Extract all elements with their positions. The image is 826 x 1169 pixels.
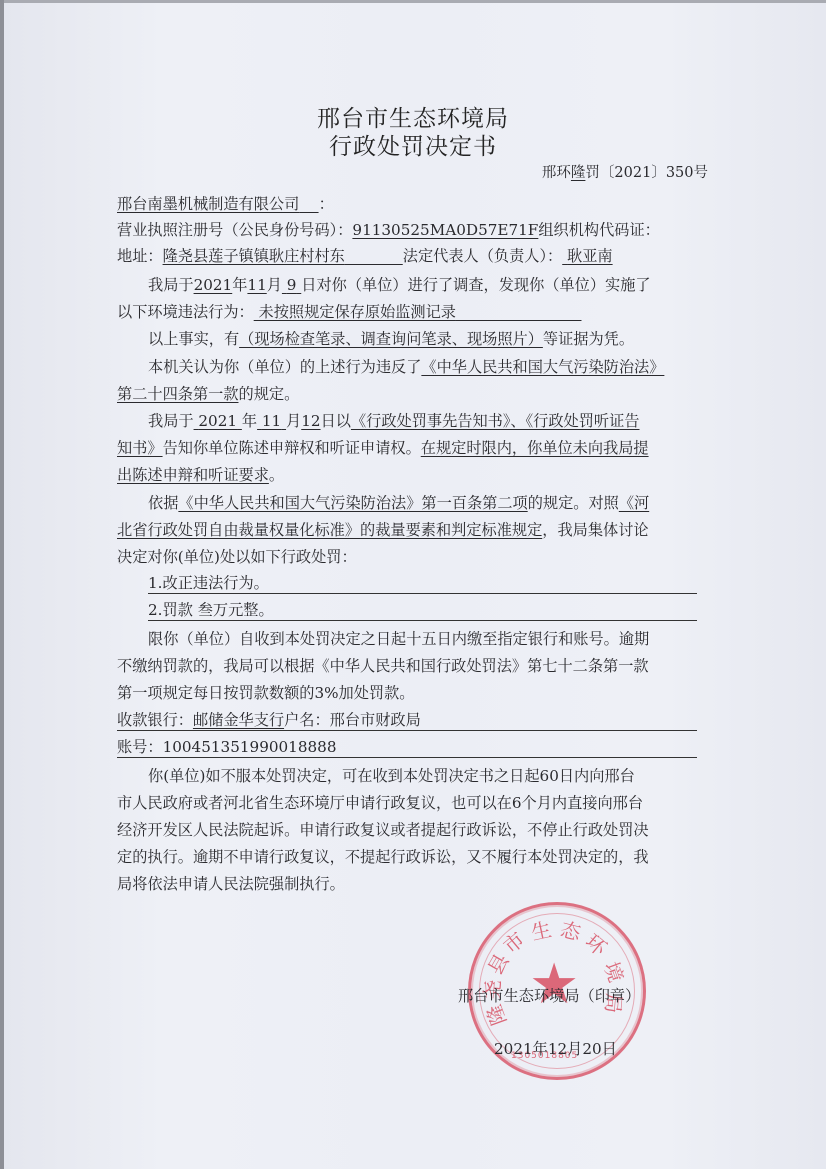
investigation-day: 9 xyxy=(282,276,301,294)
investigation-month: 11 xyxy=(247,276,266,294)
party-name-pad xyxy=(299,195,318,213)
account-label: 账号： xyxy=(117,738,163,756)
notice-documents: 《行政处罚事先告知书》、《行政处罚听证告 xyxy=(351,412,640,430)
address-line: 地址：隆尧县莲子镇镇耿庄村村东 法定代表人（负责人）： 耿亚南 xyxy=(117,245,613,267)
payment-deadline-line-3: 第一项规定每日按罚款数额的3%加处罚款。 xyxy=(117,682,414,704)
violated-law: 《中华人民共和国大气污染防治法》 xyxy=(421,358,664,376)
penalty-item-1: 1.改正违法行为。 xyxy=(148,573,697,594)
text: ，我局集体讨论 xyxy=(542,521,648,539)
no-defense-statement: 在规定时限内，你单位未向我局提 xyxy=(421,439,649,457)
notice-day: 12 xyxy=(301,412,320,430)
address-value: 隆尧县莲子镇镇耿庄村村东 xyxy=(163,247,345,265)
penalty-text: 罚款 叁万元整。 xyxy=(163,601,274,619)
address-pad xyxy=(345,247,403,265)
document-page: 邢台市生态环境局 行政处罚决定书 邢环隆罚〔2021〕350号 邢台南墨机械制造… xyxy=(0,0,826,1169)
text: 我局于 xyxy=(148,412,194,430)
violation-label: 以下环境违法行为： xyxy=(117,303,254,321)
legal-rep-label: 法定代表人（负责人）： xyxy=(403,247,562,265)
basis-line: 依据《中华人民共和国大气污染防治法》第一百条第二项的规定。对照《河 xyxy=(148,492,649,514)
appeal-line-2: 市人民政府或者河北省生态环境厅申请行政复议，也可以在6个月内直接向邢台 xyxy=(117,792,643,814)
day-value: 9 xyxy=(287,276,297,294)
payee-label: 户名： xyxy=(284,711,330,729)
legal-rep-name: 耿亚南 xyxy=(567,247,613,265)
discretion-standard-cont: 北省行政处罚自由裁量权量化标准》的裁量要素和判定标准规定 xyxy=(117,521,542,539)
text: 月 xyxy=(267,276,282,294)
evidence-list: （现场检查笔录、调查询问笔录、现场照片） xyxy=(239,330,543,348)
doc-number-prefix: 邢环 xyxy=(542,165,571,181)
penalty-text: 改正违法行为。 xyxy=(163,574,269,592)
year-value: 2021 xyxy=(198,412,237,430)
evidence-line: 以上事实，有（现场检查笔录、调查询问笔录、现场照片）等证据为凭。 xyxy=(148,328,634,350)
appeal-line-5: 局将依法申请人民法院强制执行。 xyxy=(117,873,345,895)
violated-article: 第二十四条第一款 xyxy=(117,385,239,403)
penalty-number: 2. xyxy=(148,601,163,619)
text: 的规定。 xyxy=(239,385,300,403)
basis-line-2: 北省行政处罚自由裁量权量化标准》的裁量要素和判定标准规定，我局集体讨论 xyxy=(117,519,649,541)
violation-text: 未按照规定保存原始监测记录 xyxy=(259,303,456,321)
text: 日对你（单位）进行了调查，发现你（单位）实施了 xyxy=(301,276,650,294)
party-name-line: 邢台南墨机械制造有限公司 ： xyxy=(117,193,334,215)
text: 我局于 xyxy=(148,276,194,294)
text: 等证据为凭。 xyxy=(543,330,634,348)
text: 以上事实，有 xyxy=(148,330,239,348)
appeal-line-4: 定的执行。逾期不申请行政复议，不提起行政诉讼，又不履行本处罚决定的，我 xyxy=(117,846,649,868)
no-defense-statement-cont: 出陈述申辩和听证要求 xyxy=(117,466,269,484)
doc-number-suffix: 罚〔2021〕350号 xyxy=(585,165,708,181)
party-name-colon: ： xyxy=(319,195,334,213)
notice-month: 11 xyxy=(257,412,286,430)
month-value: 11 xyxy=(262,412,281,430)
discretion-standard: 《河 xyxy=(619,494,649,512)
text: 告知你单位陈述申辩权和听证申请权。 xyxy=(163,439,421,457)
issuer-signature: 邢台市生态环境局（印章） xyxy=(458,985,640,1006)
bank-label: 收款银行： xyxy=(117,711,193,729)
investigation-line: 我局于2021年11月 9 日对你（单位）进行了调查，发现你（单位）实施了 xyxy=(148,274,651,296)
penalty-basis-law: 《中华人民共和国大气污染防治法》第一百条第二项 xyxy=(178,494,527,512)
text: 月 xyxy=(286,412,301,430)
document-number: 邢环隆罚〔2021〕350号 xyxy=(542,161,708,182)
text: 决定对你(单位)处以如下行政处罚： xyxy=(117,548,357,566)
text: 的规定。对照 xyxy=(528,494,619,512)
license-number: 91130525MA0D57E71F xyxy=(352,221,538,239)
org-code-label: 组织机构代码证： xyxy=(538,221,660,239)
violation-value: 未按照规定保存原始监测记录 xyxy=(254,303,582,321)
notice-line-2: 知书》告知你单位陈述申辩权和听证申请权。在规定时限内，你单位未向我局提 xyxy=(117,437,649,459)
penalty-number: 1. xyxy=(148,574,163,592)
document-type-title: 行政处罚决定书 xyxy=(0,128,826,161)
appeal-line-3: 经济开发区人民法院起诉。申请行政复议或者提起行政诉讼，不停止行政处罚决 xyxy=(117,819,649,841)
decision-line: 决定对你(单位)处以如下行政处罚： xyxy=(117,546,357,568)
notice-line-3: 出陈述申辩和听证要求。 xyxy=(117,464,284,486)
account-number: 100451351990018888 xyxy=(163,738,337,756)
party-name: 邢台南墨机械制造有限公司 xyxy=(117,195,299,213)
appeal-line-1: 你(单位)如不服本处罚决定，可在收到本处罚决定书之日起60日内向邢台 xyxy=(148,765,635,787)
payment-deadline-line-2: 不缴纳罚款的，我局可以根据《中华人民共和国行政处罚法》第七十二条第一款 xyxy=(117,655,649,677)
text: 日以 xyxy=(321,412,351,430)
law-violation-line: 本机关认为你（单位）的上述行为违反了《中华人民共和国大气污染防治法》 xyxy=(148,356,664,378)
violation-line: 以下环境违法行为： 未按照规定保存原始监测记录 xyxy=(117,301,581,323)
bank-name: 邮储金华支行 xyxy=(193,711,284,729)
address-label: 地址： xyxy=(117,247,163,265)
issue-date: 2021年12月20日 xyxy=(494,1038,617,1059)
doc-number-mid: 隆 xyxy=(571,165,586,181)
text: 年 xyxy=(232,276,247,294)
penalty-item-2: 2.罚款 叁万元整。 xyxy=(148,600,697,621)
text: 年 xyxy=(242,412,257,430)
bank-line: 收款银行：邮储金华支行户名：邢台市财政局 xyxy=(117,710,697,731)
license-label: 营业执照注册号（公民身份号码）： xyxy=(117,221,352,239)
notice-year: 2021 xyxy=(194,412,242,430)
text: 。 xyxy=(269,466,284,484)
payee-name: 邢台市财政局 xyxy=(330,711,421,729)
text: 本机关认为你（单位）的上述行为违反了 xyxy=(148,358,421,376)
license-line: 营业执照注册号（公民身份号码）：91130525MA0D57E71F组织机构代码… xyxy=(117,219,660,241)
text: 依据 xyxy=(148,494,178,512)
account-line: 账号：100451351990018888 xyxy=(117,737,697,758)
payment-deadline-line: 限你（单位）自收到本处罚决定之日起十五日内缴至指定银行和账号。逾期 xyxy=(148,628,649,650)
notice-line: 我局于 2021 年 11 月12日以《行政处罚事先告知书》、《行政处罚听证告 xyxy=(148,410,640,432)
investigation-year: 2021 xyxy=(194,276,233,294)
law-article-line: 第二十四条第一款的规定。 xyxy=(117,383,299,405)
notice-documents-cont: 知书》 xyxy=(117,439,163,457)
